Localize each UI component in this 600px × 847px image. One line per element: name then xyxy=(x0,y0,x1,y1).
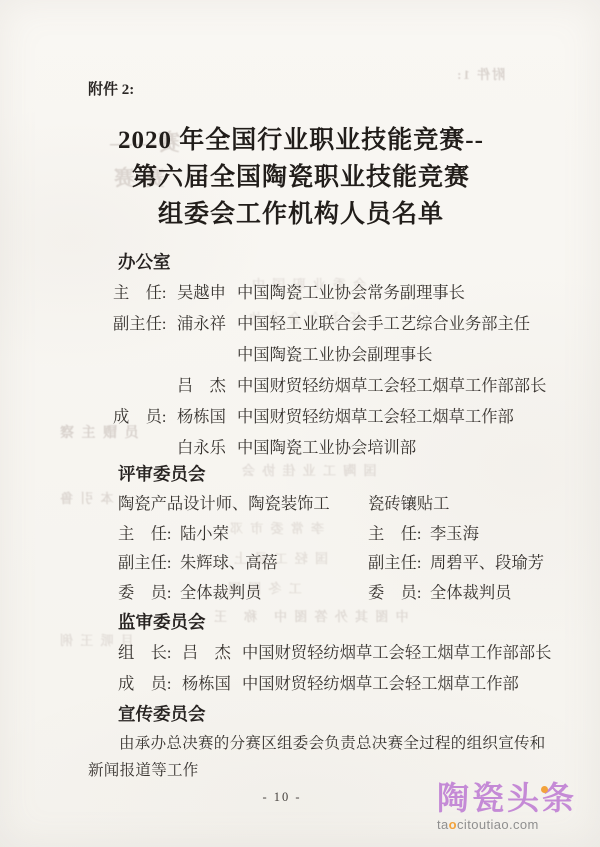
personnel-row: 成 员:杨栋国中国财贸轻纺烟草工会轻工烟草工作部 xyxy=(113,401,550,432)
personnel-row: 主 任:吴越申中国陶瓷工业协会常务副理事长 xyxy=(113,277,550,308)
personnel-row: 中国陶瓷工业协会副理事长 xyxy=(113,339,550,370)
person-title: 中国陶瓷工业协会副理事长 xyxy=(237,345,432,364)
watermark-orange-dot-icon xyxy=(541,786,548,793)
personnel-row: 副主任:浦永祥中国轻工业联合会手工艺综合业务部主任 xyxy=(113,308,550,339)
person-title: 中国轻工业联合会手工艺综合业务部主任 xyxy=(237,314,530,333)
role-label: 主 任: xyxy=(113,277,177,308)
section-heading-office: 办公室 xyxy=(118,247,550,277)
role-label: 副主任: xyxy=(118,548,180,578)
review-subtitle-row: 陶瓷产品设计师、陶瓷装饰工 瓷砖镶贴工 xyxy=(118,489,550,519)
personnel-row: 组 长:吕 杰中国财贸轻纺烟草工会轻工烟草工作部部长 xyxy=(118,637,550,668)
role-label: 委 员: xyxy=(368,578,430,608)
watermark-url-accent-o: o xyxy=(449,817,457,832)
personnel-row: 成 员:杨栋国中国财贸轻纺烟草工会轻工烟草工作部 xyxy=(118,668,550,699)
person-title: 中国财贸轻纺烟草工会轻工烟草工作部部长 xyxy=(242,643,551,662)
person-title: 中国财贸轻纺烟草工会轻工烟草工作部部长 xyxy=(237,376,546,395)
person-name: 陆小荣 xyxy=(180,524,229,543)
role-label: 主 任: xyxy=(368,519,430,549)
role-label: 委 员: xyxy=(118,578,180,608)
review-trade-left: 陶瓷产品设计师、陶瓷装饰工 xyxy=(118,489,368,519)
person-title: 中国陶瓷工业协会培训部 xyxy=(237,438,416,457)
role-label: 主 任: xyxy=(118,519,180,549)
scanned-document-page: 附件 1: 赛—— 赛 赛 会 委 业 职 国 中 任 主 合 会 业 协 察 … xyxy=(0,0,600,847)
person-name: 朱辉球、高蓓 xyxy=(180,553,278,572)
title-line-2: 第六届全国陶瓷职业技能竞赛 xyxy=(52,159,550,196)
review-row: 主 任:陆小荣 主 任:李玉海 xyxy=(118,519,550,549)
section-heading-publicity: 宣传委员会 xyxy=(118,699,550,729)
review-cell: 主 任:李玉海 xyxy=(368,519,550,549)
person-name: 杨栋国 xyxy=(182,668,242,699)
person-name: 吴越申 xyxy=(177,277,237,308)
review-cell: 委 员:全体裁判员 xyxy=(118,578,368,608)
person-name: 全体裁判员 xyxy=(430,583,511,602)
review-row: 副主任:朱辉球、高蓓 副主任:周碧平、段瑜芳 xyxy=(118,548,550,578)
person-name: 全体裁判员 xyxy=(180,583,261,602)
document-title: 2020 年全国行业职业技能竞赛-- 第六届全国陶瓷职业技能竞赛 组委会工作机构… xyxy=(52,122,550,233)
person-title: 中国财贸轻纺烟草工会轻工烟草工作部 xyxy=(237,407,514,426)
person-name: 吕 杰 xyxy=(177,370,237,401)
person-name: 浦永祥 xyxy=(177,308,237,339)
review-cell: 副主任:朱辉球、高蓓 xyxy=(118,548,368,578)
role-label: 成 员: xyxy=(113,401,177,432)
review-trade-right: 瓷砖镶贴工 xyxy=(368,489,550,519)
review-cell: 委 员:全体裁判员 xyxy=(368,578,550,608)
document-content: 附件 2: 2020 年全国行业职业技能竞赛-- 第六届全国陶瓷职业技能竞赛 组… xyxy=(0,0,600,784)
section-heading-supervision: 监审委员会 xyxy=(118,607,550,637)
section-heading-review: 评审委员会 xyxy=(118,459,550,489)
publicity-paragraph: 由承办总决赛的分赛区组委会负责总决赛全过程的组织宣传和新闻报道等工作 xyxy=(88,731,556,784)
person-name: 周碧平、段瑜芳 xyxy=(430,553,544,572)
role-label: 组 长: xyxy=(118,637,182,668)
role-label: 成 员: xyxy=(118,668,182,699)
person-name: 杨栋国 xyxy=(177,401,237,432)
taocitoutiao-watermark: 陶瓷头条 taocitoutiao.com xyxy=(437,780,600,833)
watermark-url: taocitoutiao.com xyxy=(437,817,600,833)
personnel-row: 吕 杰中国财贸轻纺烟草工会轻工烟草工作部部长 xyxy=(113,370,550,401)
person-name: 吕 杰 xyxy=(182,637,242,668)
person-title: 中国陶瓷工业协会常务副理事长 xyxy=(237,283,465,302)
watermark-logo-text: 陶瓷头条 xyxy=(437,780,600,816)
person-title: 中国财贸轻纺烟草工会轻工烟草工作部 xyxy=(242,674,519,693)
attachment-label: 附件 2: xyxy=(88,80,550,100)
review-cell: 副主任:周碧平、段瑜芳 xyxy=(368,548,550,578)
watermark-url-suffix: citoutiao.com xyxy=(457,817,539,832)
person-name: 李玉海 xyxy=(430,524,479,543)
role-label: 副主任: xyxy=(113,308,177,339)
role-label: 副主任: xyxy=(368,548,430,578)
review-cell: 主 任:陆小荣 xyxy=(118,519,368,549)
review-row: 委 员:全体裁判员 委 员:全体裁判员 xyxy=(118,578,550,608)
title-line-3: 组委会工作机构人员名单 xyxy=(52,196,550,233)
title-line-1: 2020 年全国行业职业技能竞赛-- xyxy=(52,122,550,159)
watermark-url-prefix: ta xyxy=(437,817,449,832)
